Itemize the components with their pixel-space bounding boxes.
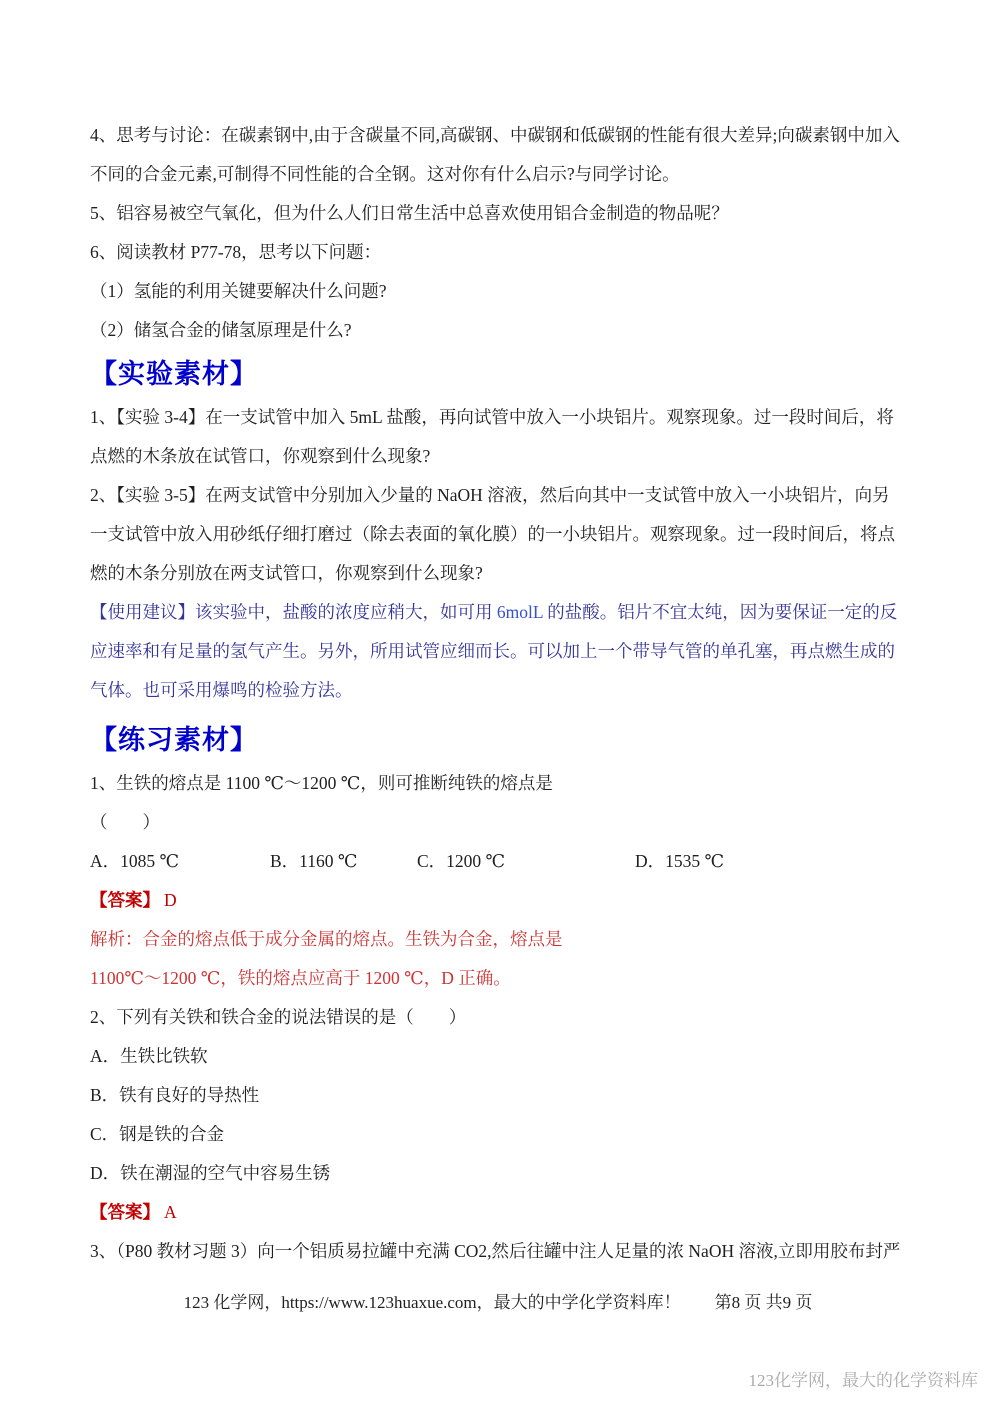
experiment-line: 一支试管中放入用砂纸仔细打磨过（除去表面的氧化膜）的一小块铝片。观察现象。过一段… <box>90 515 906 554</box>
q1-analysis-line: 解析：合金的熔点低于成分金属的熔点。生铁为合金，熔点是 <box>90 920 906 959</box>
document-page: 4、思考与讨论：在碳素钢中,由于含碳量不同,高碳钢、中碳钢和低碳钢的性能有很大差… <box>0 0 992 1403</box>
intro-line: 5、铝容易被空气氧化，但为什么人们日常生活中总喜欢使用铝合金制造的物品呢？ <box>90 194 906 233</box>
q2-option-d: D．铁在潮湿的空气中容易生锈 <box>90 1154 906 1193</box>
footer-site-info: 123 化学网，https://www.123huaxue.com，最大的中学化… <box>184 1283 681 1322</box>
usage-note-text: 的盐酸。铝片不宜太纯，因为要保证一定的反 <box>543 602 897 622</box>
q2-option-b: B．铁有良好的导热性 <box>90 1076 906 1115</box>
usage-note-line: 气体。也可采用爆鸣的检验方法。 <box>90 671 906 710</box>
q2-option-a: A．生铁比铁软 <box>90 1037 906 1076</box>
usage-note-text: 【使用建议】该实验中，盐酸的浓度应稍大，如可用 <box>90 602 497 622</box>
usage-note-line: 应速率和有足量的氢气产生。另外，所用试管应细而长。可以加上一个带导气管的单孔塞，… <box>90 632 906 671</box>
intro-line: 不同的合金元素,可制得不同性能的合全钢。这对你有什么启示?与同学讨论。 <box>90 155 906 194</box>
q1-answer-line: 【答案】D <box>90 881 906 920</box>
usage-note-highlight: 6molL <box>497 602 543 622</box>
q1-analysis-line: 1100℃～1200 ℃，铁的熔点应高于 1200 ℃，D 正确。 <box>90 959 906 998</box>
q1-option-d: D．1535 ℃ <box>635 842 724 881</box>
answer-label: 【答案】 <box>90 1202 160 1222</box>
answer-value: A <box>160 1202 178 1222</box>
intro-subitem: （1）氢能的利用关键要解决什么问题? <box>90 272 906 311</box>
experiment-line: 点燃的木条放在试管口，你观察到什么现象? <box>90 437 906 476</box>
answer-value: D <box>160 890 178 910</box>
document-content: 4、思考与讨论：在碳素钢中,由于含碳量不同,高碳钢、中碳钢和低碳钢的性能有很大差… <box>0 0 992 1322</box>
q1-option-b: B．1160 ℃ <box>270 842 417 881</box>
experiment-line: 燃的木条分别放在两支试管口，你观察到什么现象? <box>90 554 906 593</box>
intro-subitem: （2）储氢合金的储氢原理是什么? <box>90 311 906 350</box>
q1-stem: 1、生铁的熔点是 1100 ℃～1200 ℃，则可推断纯铁的熔点是 <box>90 764 906 803</box>
intro-line: 6、阅读教材 P77-78，思考以下问题： <box>90 233 906 272</box>
watermark: 123化学网，最大的化学资料库 <box>749 1366 979 1391</box>
answer-label: 【答案】 <box>90 890 160 910</box>
q2-stem: 2、下列有关铁和铁合金的说法错误的是（ ） <box>90 998 906 1037</box>
footer-page-number: 第8 页 共9 页 <box>715 1283 813 1322</box>
q1-options-row: A．1085 ℃ B．1160 ℃ C．1200 ℃ D．1535 ℃ <box>90 842 906 881</box>
q2-answer-line: 【答案】A <box>90 1193 906 1232</box>
page-footer: 123 化学网，https://www.123huaxue.com，最大的中学化… <box>90 1283 906 1322</box>
experiment-line: 1、【实验 3-4】在一支试管中加入 5mL 盐酸，再向试管中放入一小块铝片。观… <box>90 398 906 437</box>
practice-section-title: 【练习素材】 <box>90 716 906 764</box>
q3-stem: 3、（P80 教材习题 3）向一个铝质易拉罐中充满 CO2,然后往罐中注人足量的… <box>90 1232 906 1271</box>
intro-line: 4、思考与讨论：在碳素钢中,由于含碳量不同,高碳钢、中碳钢和低碳钢的性能有很大差… <box>90 116 906 155</box>
q1-answer-blank: （ ） <box>90 803 906 842</box>
experiment-line: 2、【实验 3-5】在两支试管中分别加入少量的 NaOH 溶液，然后向其中一支试… <box>90 476 906 515</box>
q2-option-c: C．钢是铁的合金 <box>90 1115 906 1154</box>
q1-option-c: C．1200 ℃ <box>417 842 635 881</box>
experiment-section-title: 【实验素材】 <box>90 350 906 398</box>
q1-option-a: A．1085 ℃ <box>90 842 270 881</box>
usage-note-line: 【使用建议】该实验中，盐酸的浓度应稍大，如可用 6molL 的盐酸。铝片不宜太纯… <box>90 593 906 632</box>
